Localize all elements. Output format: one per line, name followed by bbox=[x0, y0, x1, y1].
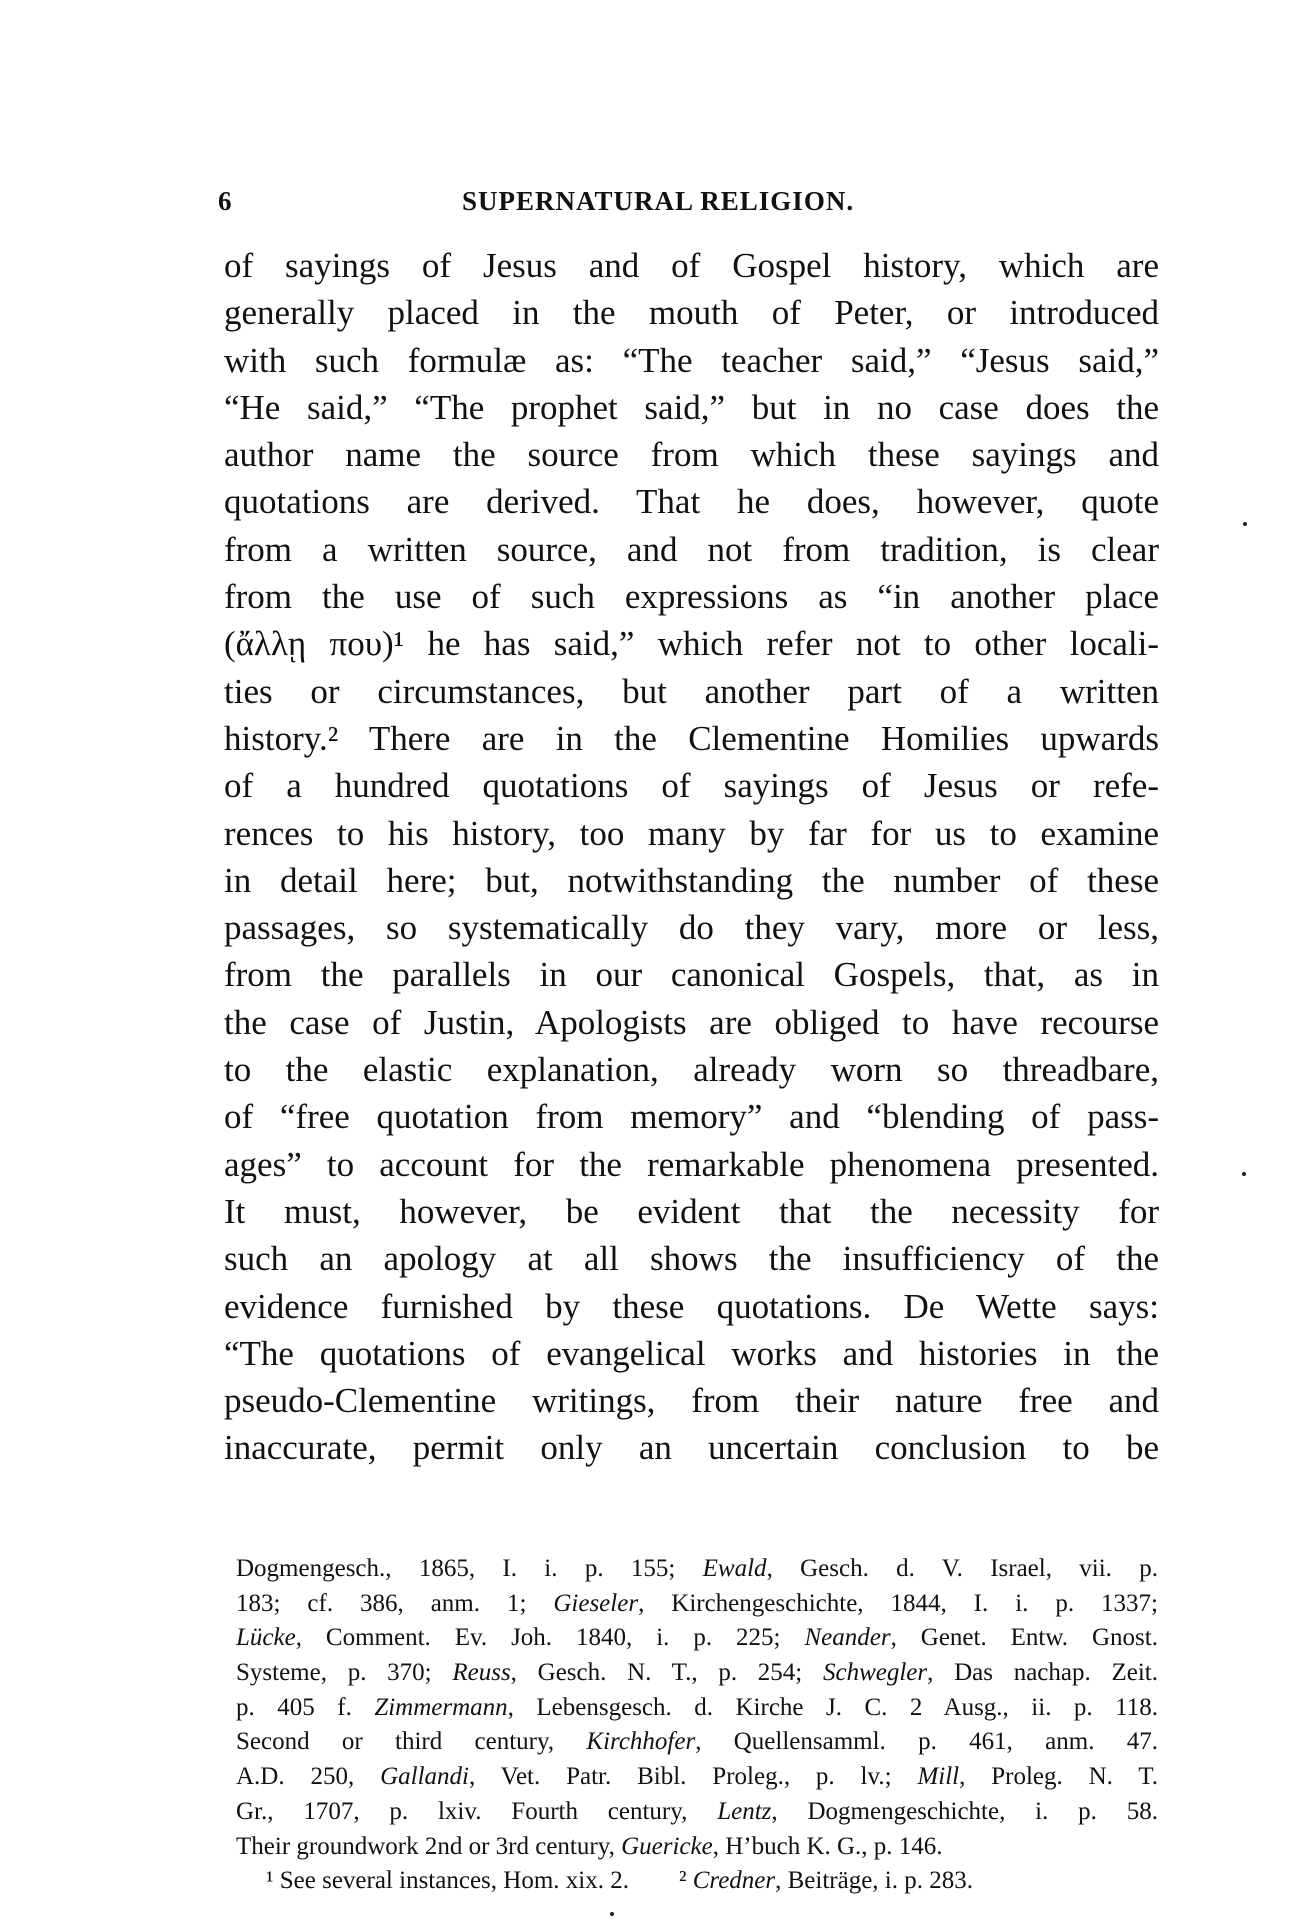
body-line: inaccurate, permit only an uncertain con… bbox=[224, 1424, 1159, 1471]
footnote-text: Second or third century, bbox=[236, 1728, 586, 1755]
scan-speck bbox=[1243, 522, 1247, 526]
footnote-text: A.D. bbox=[236, 1763, 285, 1790]
footnote-text: , Quellensamml. p. 461, anm. 47. bbox=[695, 1728, 1158, 1755]
cited-author: Mill bbox=[917, 1763, 959, 1790]
footnote-text: , Gesch. d. V. Israel, vii. p. bbox=[767, 1555, 1158, 1582]
running-head: 6 SUPERNATURAL RELIGION. bbox=[218, 186, 1158, 226]
footnote-text: , Comment. Ev. Joh. 1840, i. p. 225; bbox=[296, 1624, 805, 1651]
cited-author: Credner bbox=[693, 1867, 775, 1894]
running-title: SUPERNATURAL RELIGION. bbox=[462, 186, 854, 217]
cited-author: Gallandi bbox=[380, 1763, 469, 1790]
scan-speck bbox=[610, 1912, 614, 1916]
footnote-text: 183; cf. 386, anm. 1; bbox=[236, 1590, 553, 1617]
cited-author: Reuss bbox=[452, 1659, 510, 1686]
body-line: pseudo-Clementine writings, from their n… bbox=[224, 1377, 1159, 1424]
body-line: history.² There are in the Clementine Ho… bbox=[224, 715, 1159, 762]
body-line: It must, however, be evident that the ne… bbox=[224, 1188, 1159, 1235]
footnote-line: Dogmengesch., 1865, I. i. p. 155; Ewald,… bbox=[236, 1552, 1158, 1587]
footnote-text: , Beiträge, i. p. 283. bbox=[775, 1867, 973, 1894]
footnote-text: , Gesch. N. T., p. 254; bbox=[511, 1659, 823, 1686]
footnotes: Dogmengesch., 1865, I. i. p. 155; Ewald,… bbox=[236, 1552, 1158, 1899]
body-text: of sayings of Jesus and of Gospel histor… bbox=[224, 242, 1159, 1472]
footnote-text: Gr., 1707, p. lxiv. Fourth century, bbox=[236, 1798, 717, 1825]
footnote-line: Gr., 1707, p. lxiv. Fourth century, Lent… bbox=[236, 1795, 1158, 1830]
footnote-line: Systeme, p. 370; Reuss, Gesch. N. T., p.… bbox=[236, 1656, 1158, 1691]
page-number: 6 bbox=[218, 186, 232, 217]
footnote-text: Their groundwork 2nd or 3rd century, bbox=[236, 1833, 621, 1860]
body-line: in detail here; but, notwithstanding the… bbox=[224, 857, 1159, 904]
footnote-text: , Lebensgesch. d. Kirche J. C. 2 Ausg., … bbox=[508, 1694, 1158, 1721]
book-page: 6 SUPERNATURAL RELIGION. of sayings of J… bbox=[0, 0, 1292, 1925]
footnote-text: , Dogmengeschichte, i. p. 58. bbox=[771, 1798, 1158, 1825]
footnote-text: , H’buch K. G., p. 146. bbox=[713, 1833, 943, 1860]
footnote-line: 183; cf. 386, anm. 1; Gieseler, Kircheng… bbox=[236, 1587, 1158, 1622]
body-line: such an apology at all shows the insuffi… bbox=[224, 1235, 1159, 1282]
footnote-line: p. 405 f. Zimmermann, Lebensgesch. d. Ki… bbox=[236, 1691, 1158, 1726]
body-line: ties or circumstances, but another part … bbox=[224, 668, 1159, 715]
body-line: “He said,” “The prophet said,” but in no… bbox=[224, 384, 1159, 431]
body-line: evidence furnished by these quotations. … bbox=[224, 1283, 1159, 1330]
footnote-line: Lücke, Comment. Ev. Joh. 1840, i. p. 225… bbox=[236, 1621, 1158, 1656]
body-line: of a hundred quotations of sayings of Je… bbox=[224, 762, 1159, 809]
footnote-line: Second or third century, Kirchhofer, Que… bbox=[236, 1725, 1158, 1760]
body-line: rences to his history, too many by far f… bbox=[224, 810, 1159, 857]
footnote-line: Their groundwork 2nd or 3rd century, Gue… bbox=[236, 1830, 1158, 1865]
cited-author: Lücke bbox=[236, 1624, 296, 1651]
body-line: (ἄλλῃ που)¹ he has said,” which refer no… bbox=[224, 620, 1159, 667]
footnote-text: Dogmengesch., 1865, I. i. p. 155; bbox=[236, 1555, 703, 1582]
footnote-text: ¹ See several instances, Hom. xix. 2. ² bbox=[266, 1867, 693, 1894]
cited-author: Kirchhofer bbox=[586, 1728, 695, 1755]
footnote-text: , Kirchengeschichte, 1844, I. i. p. 1337… bbox=[638, 1590, 1158, 1617]
body-line: “The quotations of evangelical works and… bbox=[224, 1330, 1159, 1377]
cited-author: Lentz bbox=[717, 1798, 771, 1825]
body-line: passages, so systematically do they vary… bbox=[224, 904, 1159, 951]
cited-author: Guericke bbox=[621, 1833, 713, 1860]
footnote-text: 250, bbox=[285, 1763, 380, 1790]
cited-author: Neander bbox=[804, 1624, 890, 1651]
cited-author: Gieseler bbox=[553, 1590, 638, 1617]
body-line: from the use of such expressions as “in … bbox=[224, 573, 1159, 620]
footnote-text: Systeme, p. 370; bbox=[236, 1659, 452, 1686]
body-line: quotations are derived. That he does, ho… bbox=[224, 478, 1159, 525]
body-line: from the parallels in our canonical Gosp… bbox=[224, 951, 1159, 998]
body-line: the case of Justin, Apologists are oblig… bbox=[224, 999, 1159, 1046]
cited-author: Zimmermann bbox=[374, 1694, 507, 1721]
body-line: of “free quotation from memory” and “ble… bbox=[224, 1093, 1159, 1140]
footnote-line: ¹ See several instances, Hom. xix. 2. ² … bbox=[236, 1864, 1158, 1899]
footnote-line: A.D. 250, Gallandi, Vet. Patr. Bibl. Pro… bbox=[236, 1760, 1158, 1795]
body-line: of sayings of Jesus and of Gospel histor… bbox=[224, 242, 1159, 289]
footnote-text: p. 405 f. bbox=[236, 1694, 374, 1721]
footnote-text: , Vet. Patr. Bibl. Proleg., p. lv.; bbox=[469, 1763, 917, 1790]
scan-speck bbox=[1242, 1172, 1246, 1176]
footnote-text: , Das nachap. Zeit. bbox=[927, 1659, 1158, 1686]
body-line: author name the source from which these … bbox=[224, 431, 1159, 478]
footnote-text: , Proleg. N. T. bbox=[959, 1763, 1158, 1790]
body-line: from a written source, and not from trad… bbox=[224, 526, 1159, 573]
body-line: to the elastic explanation, already worn… bbox=[224, 1046, 1159, 1093]
footnote-text: , Genet. Entw. Gnost. bbox=[891, 1624, 1158, 1651]
body-line: ages” to account for the remarkable phen… bbox=[224, 1141, 1159, 1188]
body-line: with such formulæ as: “The teacher said,… bbox=[224, 337, 1159, 384]
cited-author: Schwegler bbox=[823, 1659, 927, 1686]
cited-author: Ewald bbox=[703, 1555, 767, 1582]
body-line: generally placed in the mouth of Peter, … bbox=[224, 289, 1159, 336]
